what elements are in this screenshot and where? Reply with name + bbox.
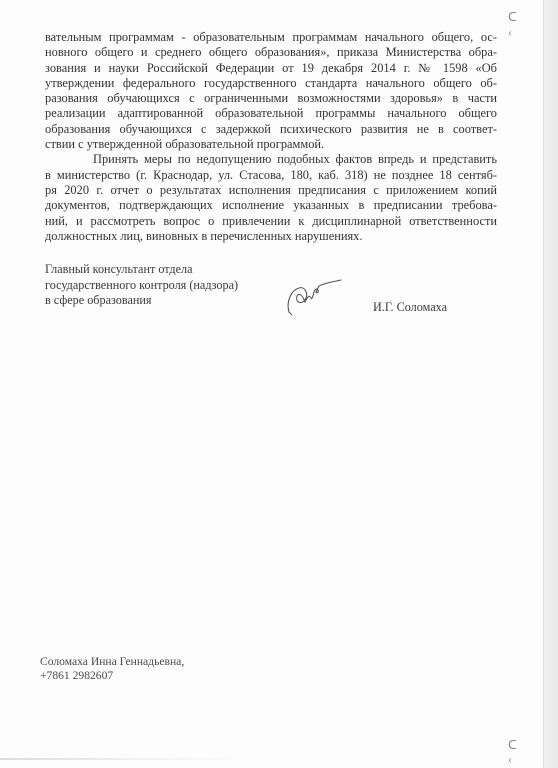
signatory-title-line: государственного контроля (надзора) (45, 278, 238, 294)
text-line: Принять меры по недопущению подобных фак… (45, 152, 497, 167)
text-line: утверждении федерального государственног… (45, 76, 497, 91)
text-line: ствии с утвержденной образовательной про… (45, 137, 497, 152)
text-line: реализации адаптированной образовательно… (45, 106, 497, 121)
handwritten-signature-icon (283, 272, 343, 317)
text-line: образования обучающихся с задержкой псих… (45, 122, 497, 137)
signature-block: Главный консультант отдела государственн… (45, 262, 505, 322)
document-body: вательным программам - образовательным п… (45, 30, 497, 244)
text-line: зования и науки Российской Федерации от … (45, 61, 497, 76)
scan-smudge (0, 758, 240, 760)
text-line: вательным программам - образовательным п… (45, 30, 497, 45)
contact-info: Соломаха Инна Геннадьевна, +7861 2982607 (40, 655, 184, 683)
signatory-title-line: Главный консультант отдела (45, 262, 238, 278)
contact-name: Соломаха Инна Геннадьевна, (40, 655, 184, 669)
text-line: документов, подтверждающих исполнение ук… (45, 198, 497, 213)
text-line: ря 2020 г. отчет о результатах исполнени… (45, 183, 497, 198)
text-line: новного общего и среднего общего образов… (45, 45, 497, 60)
margin-mark-bottom-2: ‹ (508, 752, 512, 767)
signatory-title: Главный консультант отдела государственн… (45, 262, 238, 309)
paragraph-1: вательным программам - образовательным п… (45, 30, 497, 152)
text-line: должностных лиц, виновных в перечисленны… (45, 229, 497, 244)
scan-edge (544, 0, 558, 768)
document-page: ᑕ ‹ вательным программам - образовательн… (0, 0, 558, 768)
margin-mark-top-2: ‹ (508, 25, 512, 40)
text-line: ний, и рассмотреть вопрос о привлечении … (45, 214, 497, 229)
text-line: в министерство (г. Краснодар, ул. Стасов… (45, 168, 497, 183)
paragraph-2: Принять меры по недопущению подобных фак… (45, 152, 497, 244)
contact-phone: +7861 2982607 (40, 669, 184, 683)
text-line: разования обучающихся с ограниченными во… (45, 91, 497, 106)
signatory-title-line: в сфере образования (45, 293, 238, 309)
margin-mark-top: ᑕ (508, 10, 517, 25)
signatory-name: И.Г. Соломаха (373, 300, 447, 315)
margin-mark-bottom: ᑕ (508, 738, 517, 753)
